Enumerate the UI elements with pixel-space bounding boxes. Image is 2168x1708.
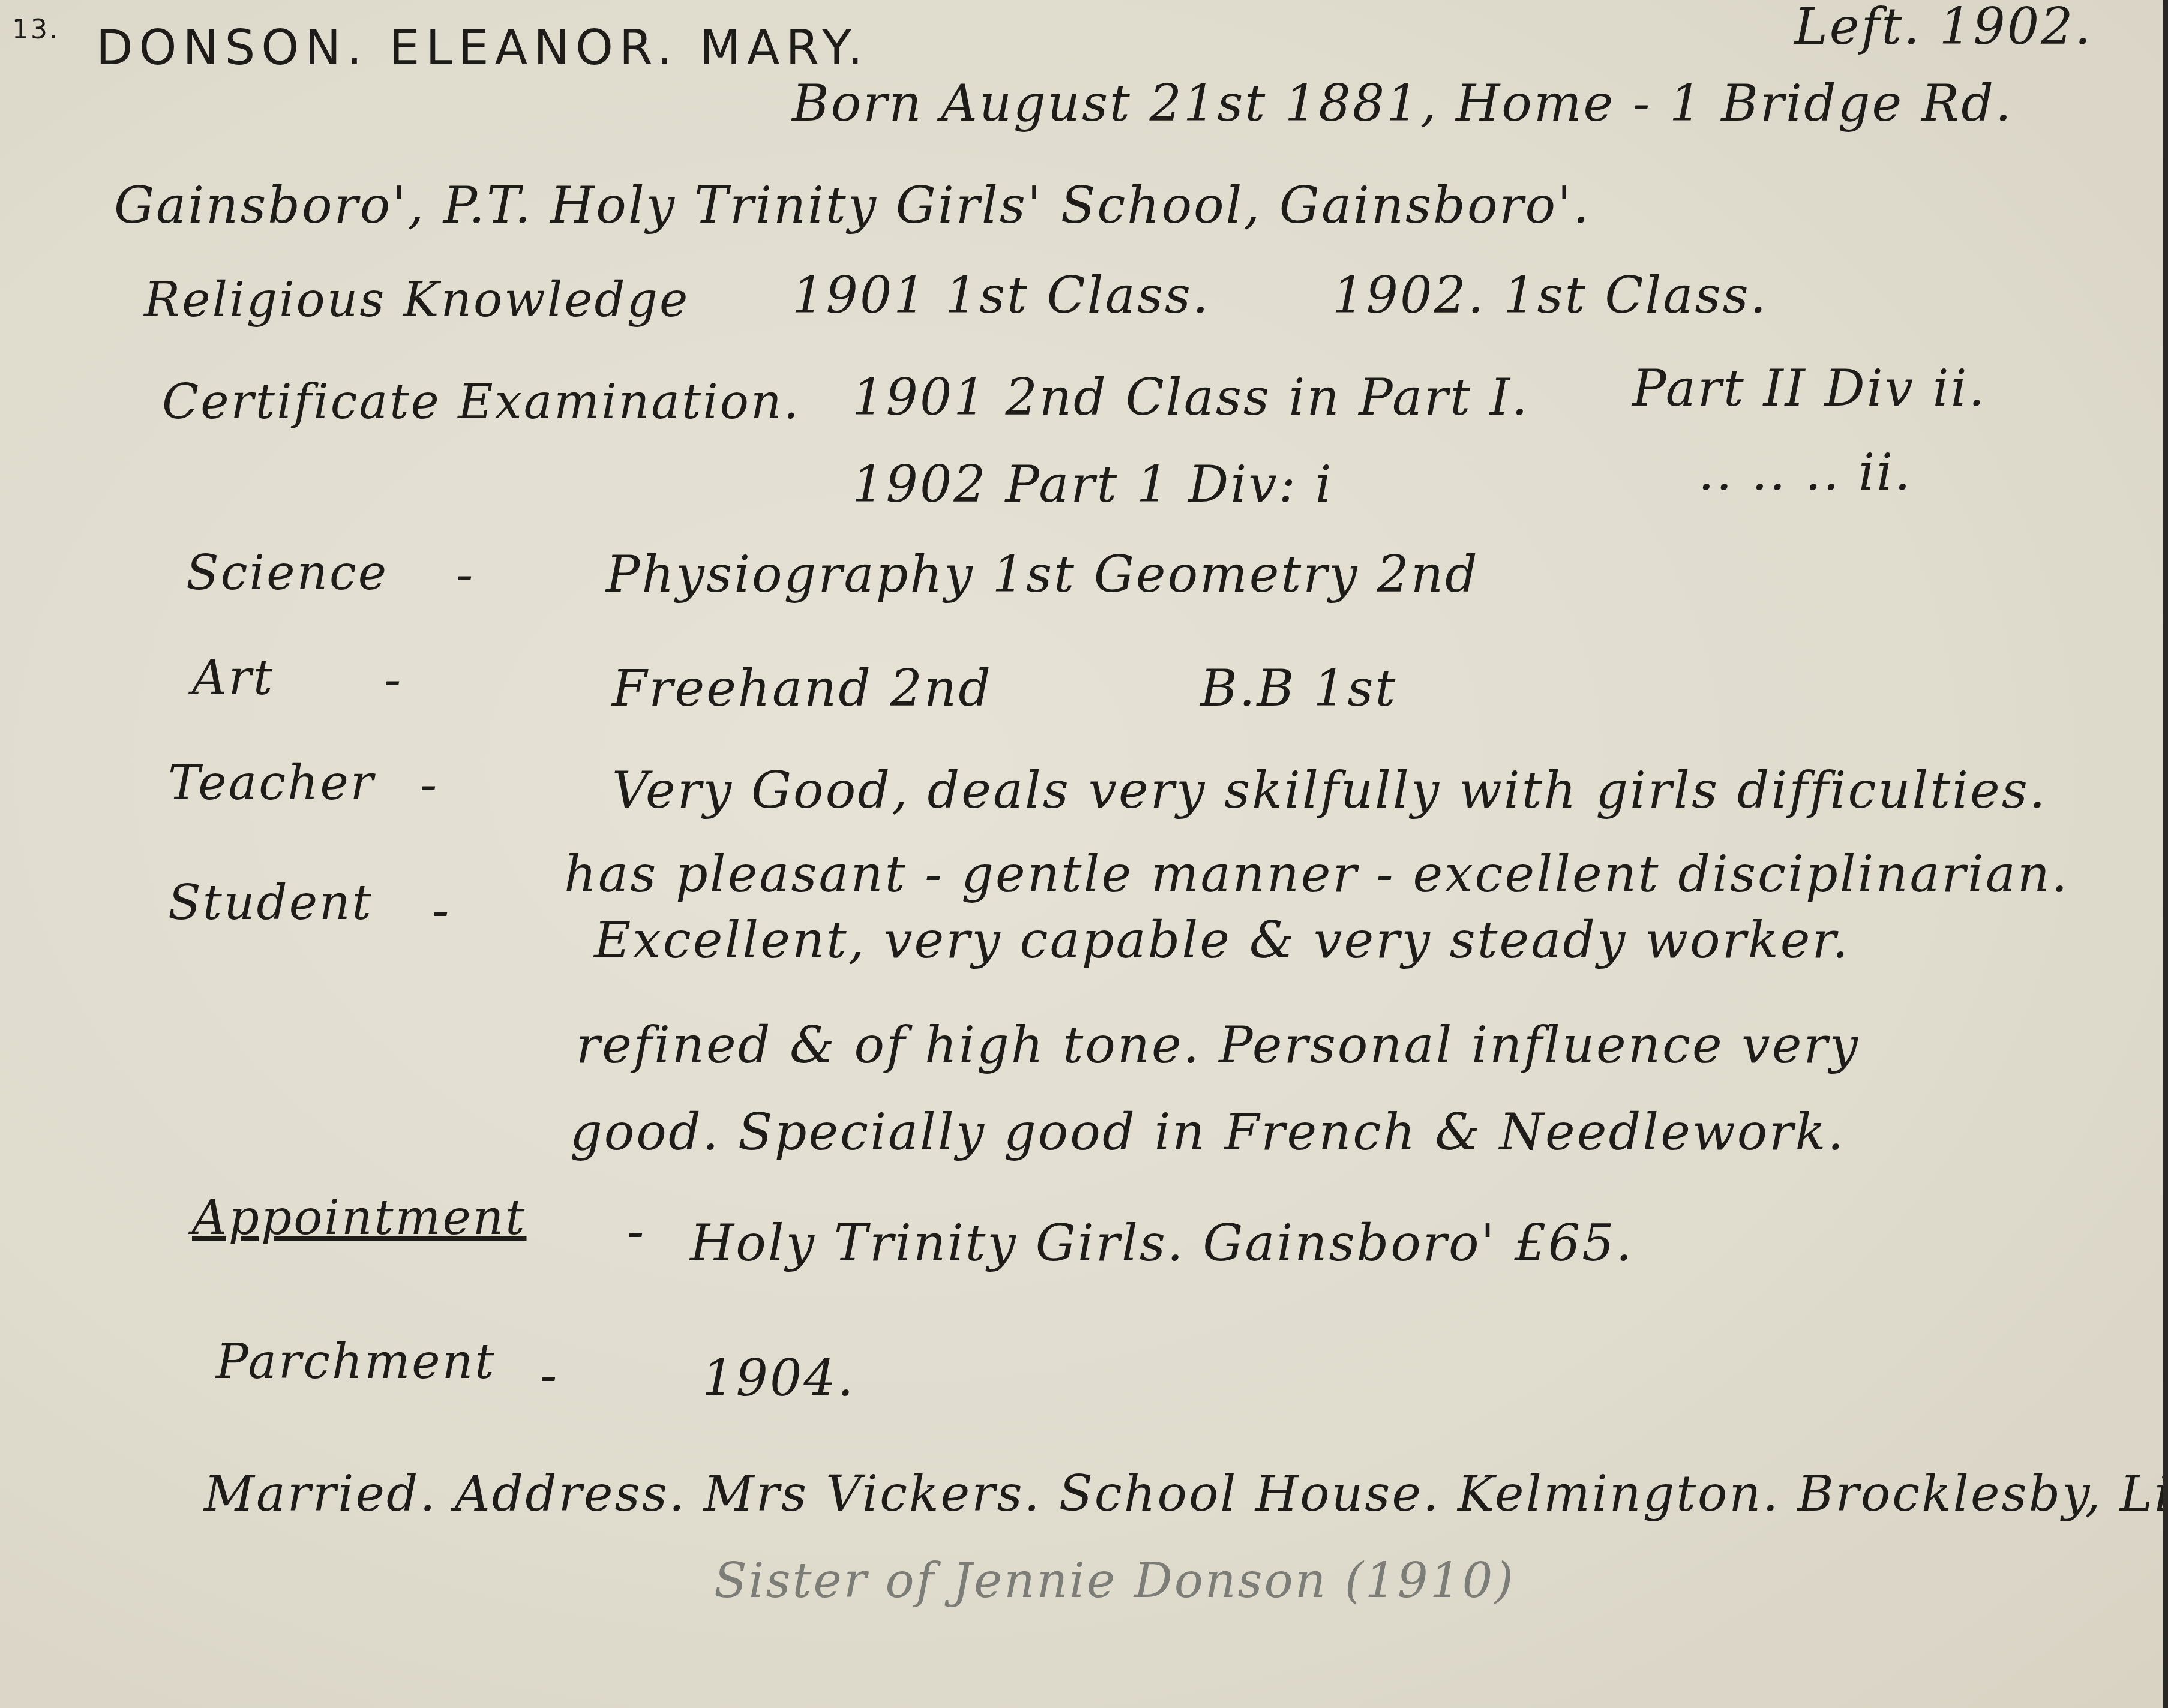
certificate-exam-label: Certificate Examination. <box>162 378 800 426</box>
married-address: Married. Address. Mrs Vickers. School Ho… <box>204 1470 2168 1519</box>
teacher-line-2: has pleasant - gentle manner - excellent… <box>564 849 2070 899</box>
page-edge <box>2163 0 2168 1708</box>
record-page: 13. DONSON. ELEANOR. MARY. Left. 1902. B… <box>0 0 2168 1708</box>
certificate-exam-1902: 1902 Part 1 Div: i <box>852 459 1333 509</box>
appointment-dash: - <box>627 1206 646 1256</box>
art-dash: - <box>384 654 403 704</box>
student-label: Student <box>168 879 373 927</box>
left-date: Left. 1902. <box>1794 1 2092 52</box>
student-line-1: Excellent, very capable & very steady wo… <box>594 915 1850 965</box>
art-label: Art <box>192 654 274 702</box>
entry-number: 13. <box>12 17 59 43</box>
art-freehand: Freehand 2nd <box>612 663 992 713</box>
student-dash: - <box>432 885 451 935</box>
student-line-3: good. Specially good in French & Needlew… <box>570 1107 1845 1157</box>
parchment-dash: - <box>540 1350 559 1400</box>
parchment-value: 1904. <box>702 1353 855 1403</box>
student-line-2: refined & of high tone. Personal influen… <box>576 1020 1860 1070</box>
certificate-exam-1902-ditto: .. .. .. ii. <box>1698 447 1912 497</box>
born-line: Born August 21st 1881, Home - 1 Bridge R… <box>792 78 2013 128</box>
religious-knowledge-label: Religious Knowledge <box>144 276 689 324</box>
appointment-value: Holy Trinity Girls. Gainsboro' £65. <box>690 1218 1633 1268</box>
science-label: Science <box>186 549 388 597</box>
pencil-sister-note: Sister of Jennie Donson (1910) <box>714 1557 1515 1605</box>
science-value: Physiography 1st Geometry 2nd <box>606 549 1479 599</box>
student-name: DONSON. ELEANOR. MARY. <box>96 24 869 72</box>
teacher-line-1: Very Good, deals very skilfully with gir… <box>612 765 2047 815</box>
religious-knowledge-1902: 1902. 1st Class. <box>1332 270 1768 320</box>
certificate-exam-1901-part2: Part II Div ii. <box>1632 363 1986 413</box>
certificate-exam-1901: 1901 2nd Class in Part I. <box>852 372 1530 422</box>
parchment-label: Parchment <box>216 1338 496 1386</box>
home-school-line: Gainsboro', P.T. Holy Trinity Girls' Sch… <box>114 180 1591 230</box>
teacher-dash: - <box>420 759 439 809</box>
appointment-label: Appointment <box>192 1194 527 1242</box>
art-bb: B.B 1st <box>1200 663 1397 713</box>
religious-knowledge-1901: 1901 1st Class. <box>792 270 1210 320</box>
teacher-label: Teacher <box>168 759 375 807</box>
science-dash: - <box>456 549 475 599</box>
